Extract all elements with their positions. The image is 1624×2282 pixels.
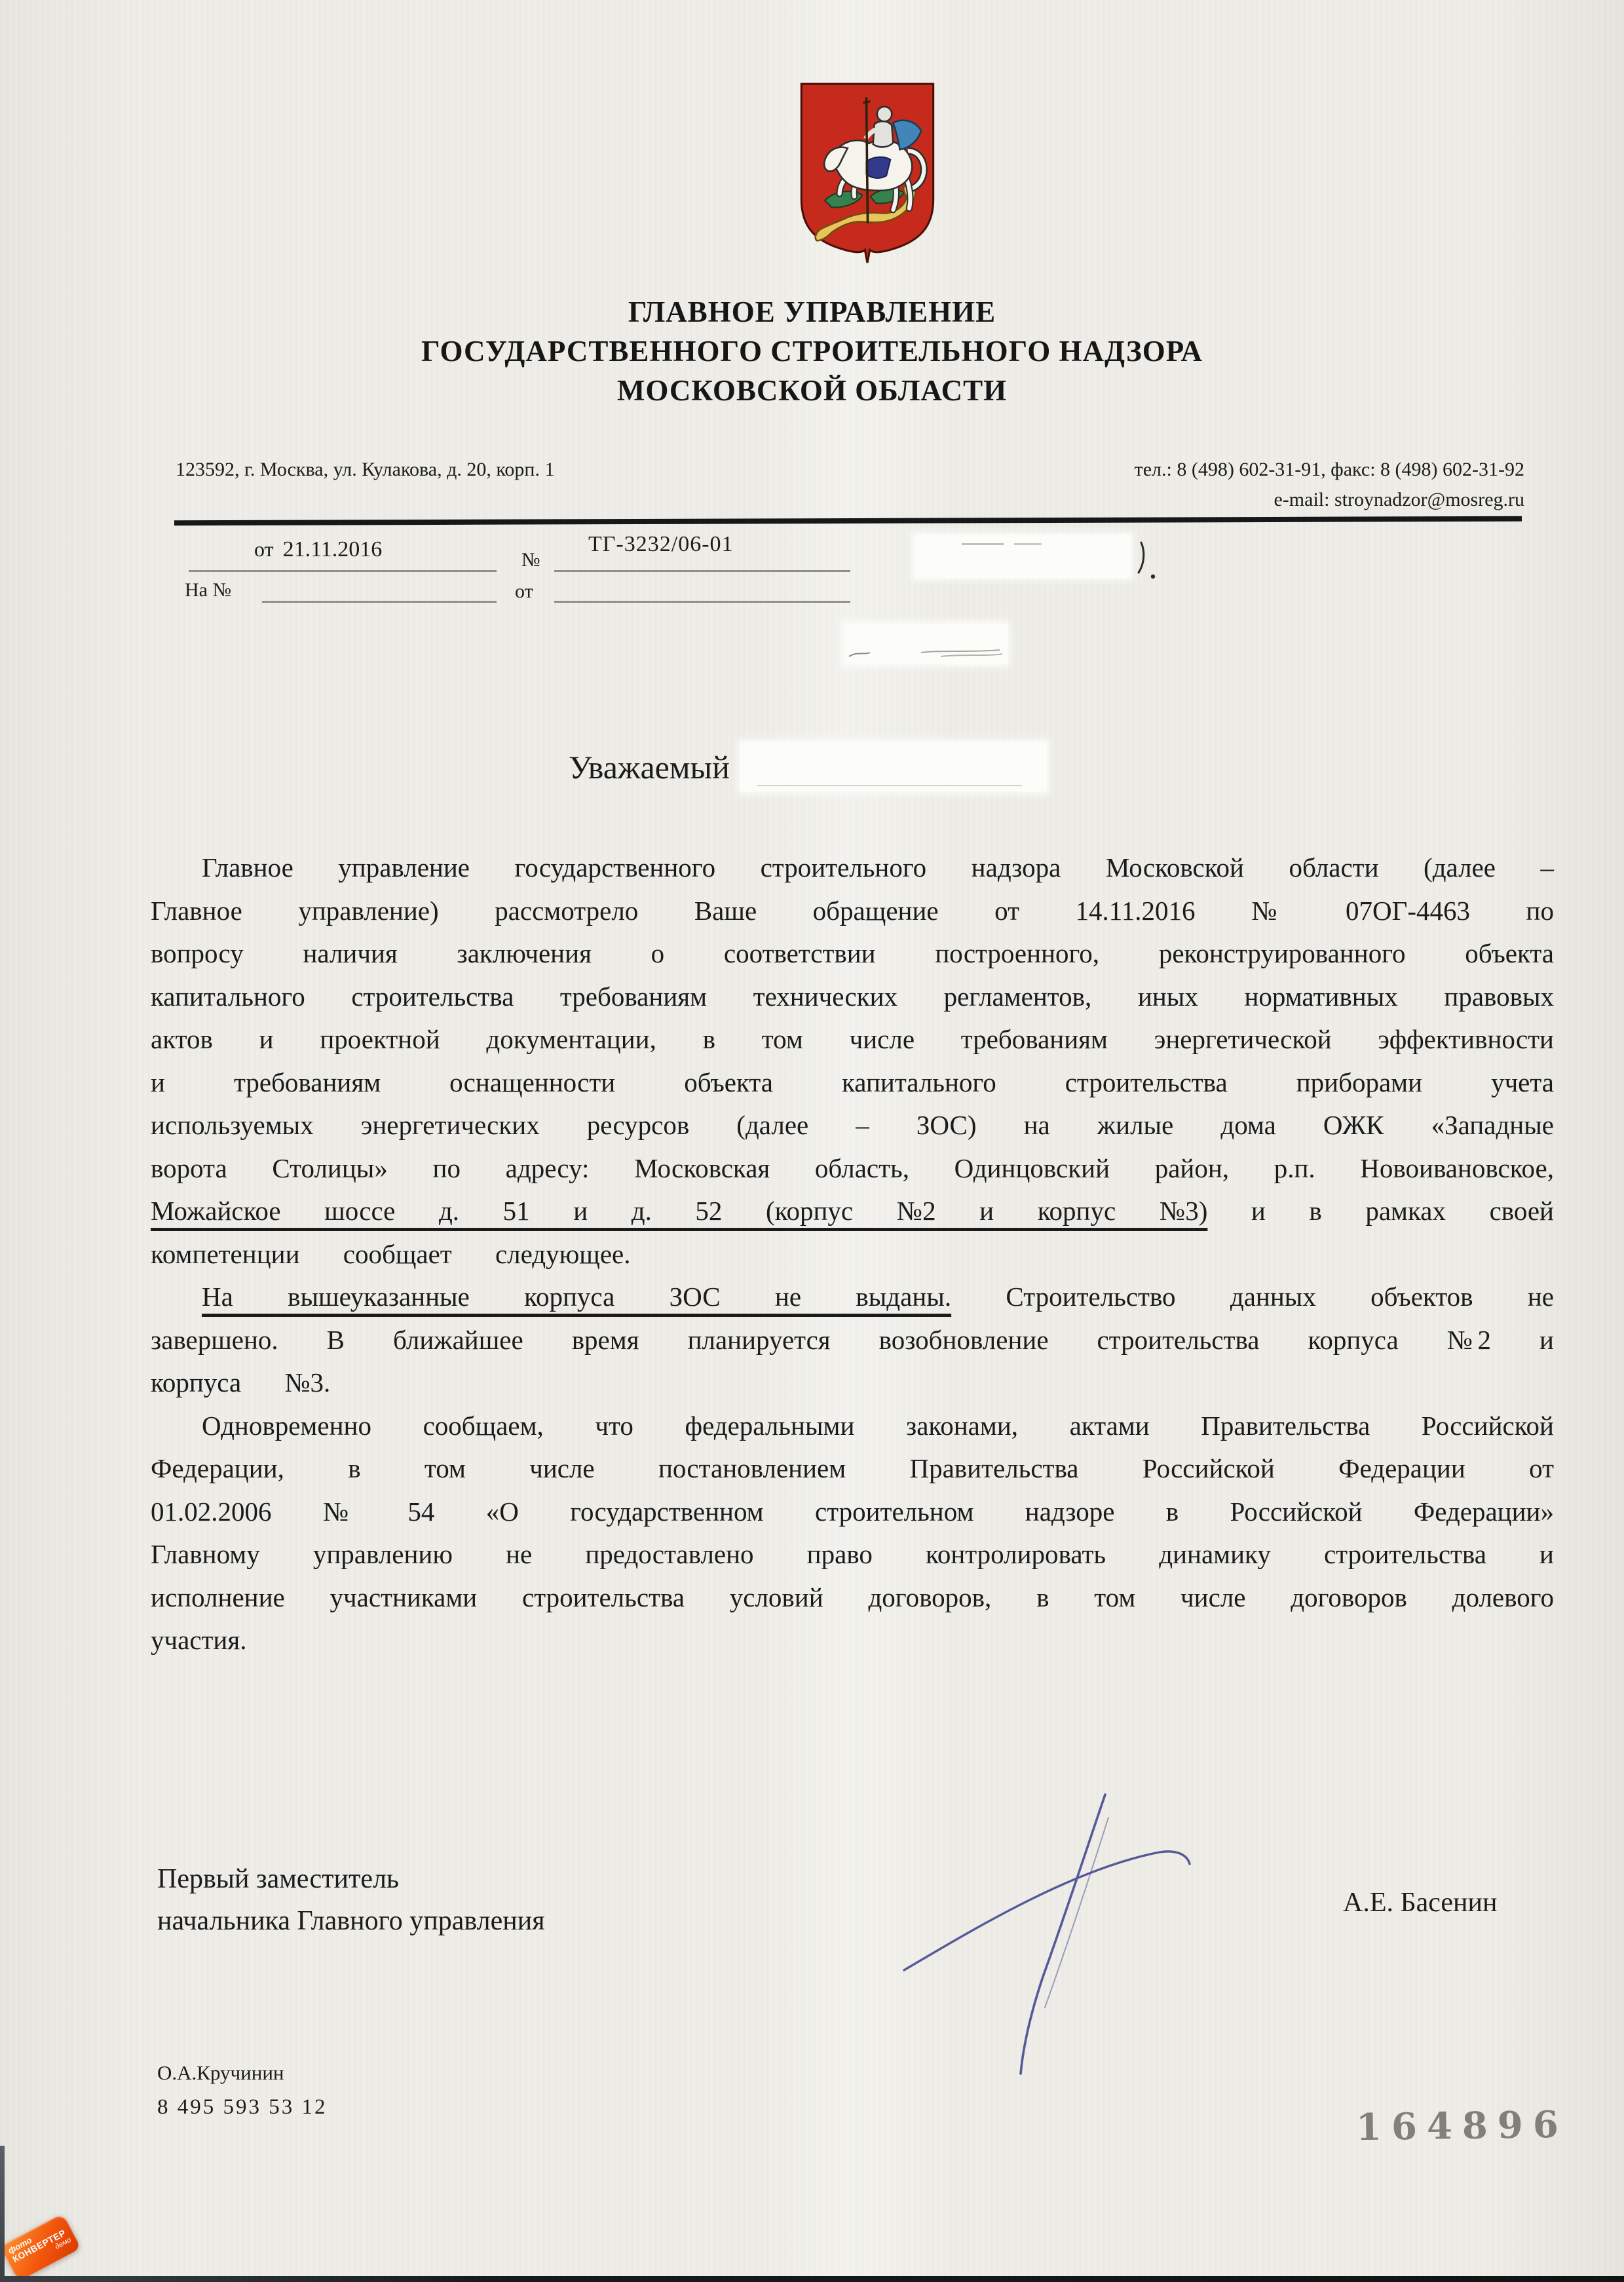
underlined-address-phrase: Можайское шоссе д. 51 и д. 52 (корпус №2… [151, 1196, 1207, 1226]
letter-date: от21.11.2016 [254, 537, 382, 562]
org-contacts: тел.: 8 (498) 602-31-91, факс: 8 (498) 6… [1135, 455, 1524, 515]
signer-title-line-1: Первый заместитель [157, 1858, 545, 1900]
redaction-box-recipient-name [740, 742, 1047, 791]
org-email: e-mail: stroynadzor@mosreg.ru [1135, 485, 1524, 515]
paragraph-3: Одновременно сообщаем, что федеральными … [151, 1405, 1554, 1662]
stamp-number: 164896 [1356, 2103, 1569, 2150]
letter-date-label: от [254, 537, 274, 561]
paragraph-1-text: Главное управление государственного стро… [151, 852, 1554, 1183]
blank-line-number [554, 570, 850, 572]
org-postal-address: 123592, г. Москва, ул. Кулакова, д. 20, … [176, 459, 554, 481]
underlined-statement: На вышеуказанные корпуса ЗОС не выданы. [202, 1282, 951, 1312]
blank-line-date [189, 570, 497, 572]
executor-phone: 8 495 593 53 12 [157, 2095, 328, 2120]
blank-line-reply-date [554, 601, 850, 603]
letter-number-value: ТГ-3232/06-01 [588, 532, 734, 557]
paragraph-2: На вышеуказанные корпуса ЗОС не выданы. … [151, 1276, 1554, 1405]
letter-body: Главное управление государственного стро… [151, 846, 1554, 1662]
redaction-box-addressee [844, 624, 1008, 664]
reply-from-label: от [515, 580, 533, 603]
signer-name: А.Е. Басенин [1343, 1887, 1497, 1918]
blank-line-reply-number [262, 601, 497, 603]
org-title: ГЛАВНОЕ УПРАВЛЕНИЕ ГОСУДАРСТВЕННОГО СТРО… [0, 292, 1624, 410]
handwritten-mark [1131, 537, 1163, 587]
org-title-line-1: ГЛАВНОЕ УПРАВЛЕНИЕ [0, 292, 1624, 332]
salutation-row: Уважаемый [569, 742, 1047, 791]
org-title-line-2: ГОСУДАРСТВЕННОГО СТРОИТЕЛЬНОГО НАДЗОРА [0, 332, 1624, 371]
scan-edge-bottom [0, 2276, 1624, 2282]
org-phone-fax: тел.: 8 (498) 602-31-91, факс: 8 (498) 6… [1135, 455, 1524, 485]
scanned-letter-page: ГЛАВНОЕ УПРАВЛЕНИЕ ГОСУДАРСТВЕННОГО СТРО… [0, 0, 1624, 2282]
letter-number-label: № [521, 549, 540, 571]
signer-title-line-2: начальника Главного управления [157, 1900, 545, 1942]
handwritten-signature [878, 1777, 1245, 2085]
photoconverter-demo-watermark: фото КОНВЕРТЕР демо [0, 2213, 81, 2281]
reply-to-number-label: На № [185, 579, 231, 601]
coat-of-arms-moscow-oblast-icon [795, 81, 939, 263]
paragraph-1: Главное управление государственного стро… [151, 846, 1554, 1276]
executor-name: О.А.Кручинин [157, 2061, 284, 2085]
letter-date-value: 21.11.2016 [283, 537, 383, 561]
redaction-box-header [915, 535, 1131, 578]
signer-title: Первый заместитель начальника Главного у… [157, 1858, 545, 1942]
org-title-line-3: МОСКОВСКОЙ ОБЛАСТИ [0, 371, 1624, 410]
scan-edge-left [0, 2146, 5, 2282]
salutation: Уважаемый [569, 749, 730, 786]
header-divider-rule [174, 516, 1522, 525]
